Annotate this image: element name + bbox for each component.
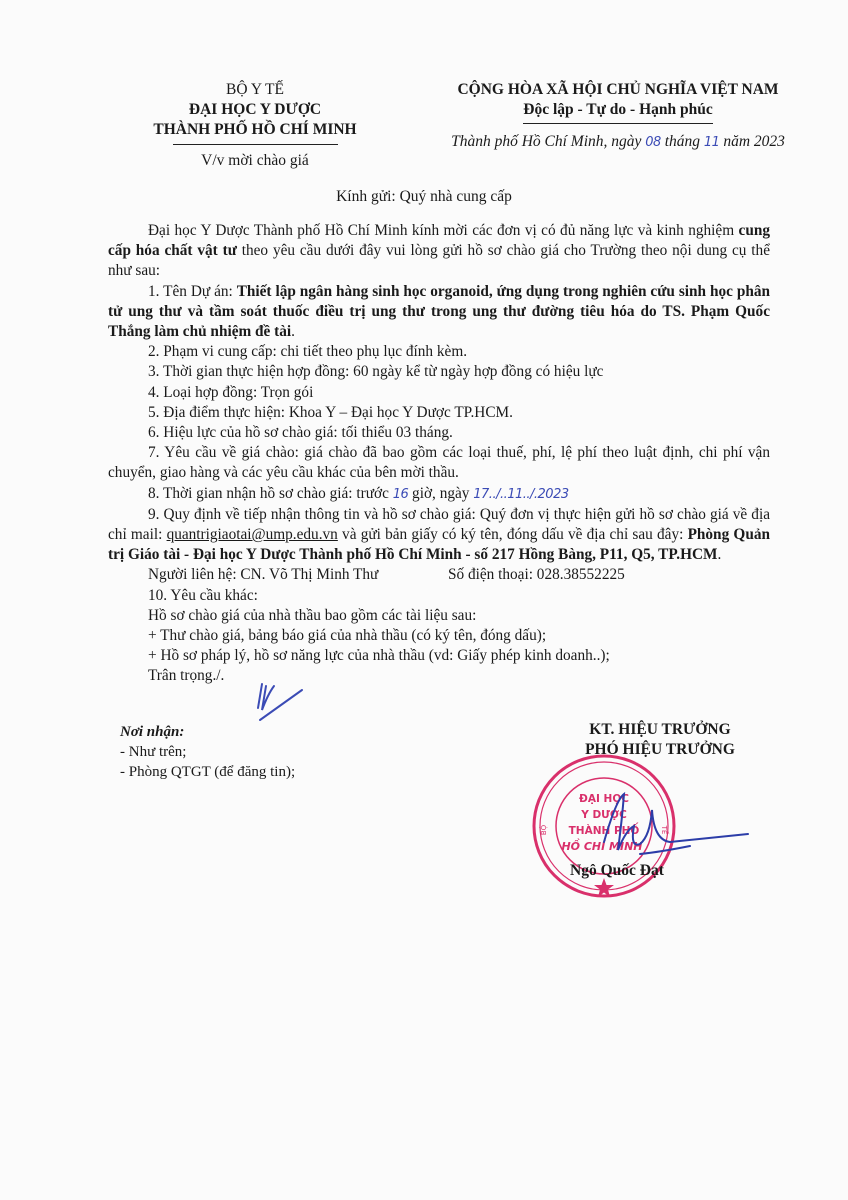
closing: Trân trọng./. xyxy=(108,666,770,686)
initial-signature-icon xyxy=(250,680,310,725)
year-label: năm 2023 xyxy=(719,133,784,150)
national-header: CỘNG HÒA XÃ HỘI CHỦ NGHĨA VIỆT NAM Độc l… xyxy=(418,80,818,153)
item-1-project-name: 1. Tên Dự án: Thiết lập ngân hàng sinh h… xyxy=(108,282,770,343)
submission-text-2: và gửi bản giấy có ký tên, đóng dấu về đ… xyxy=(338,526,688,543)
document-body: Đại học Y Dược Thành phố Hồ Chí Minh kín… xyxy=(108,221,770,687)
salutation: Kính gửi: Quý nhà cung cấp xyxy=(0,188,848,206)
intro-paragraph: Đại học Y Dược Thành phố Hồ Chí Minh kín… xyxy=(108,221,770,282)
university-name-line2: THÀNH PHỐ HỒ CHÍ MINH xyxy=(120,120,390,140)
ministry-name: BỘ Y TẾ xyxy=(120,80,390,100)
item-10-doc-b: + Hồ sơ pháp lý, hồ sơ năng lực của nhà … xyxy=(108,646,770,666)
email-link[interactable]: quantrigiaotai@ump.edu.vn xyxy=(167,526,338,543)
header-underline xyxy=(173,144,338,145)
deadline-hour-handwritten: 16 xyxy=(393,487,409,502)
item-2-scope: 2. Phạm vi cung cấp: chi tiết theo phụ l… xyxy=(108,342,770,362)
item-5-location: 5. Địa điểm thực hiện: Khoa Y – Đại học … xyxy=(108,403,770,423)
deadline-label: 8. Thời gian nhận hồ sơ chào giá: trước xyxy=(148,485,393,502)
date-month-handwritten: 11 xyxy=(704,135,720,150)
item-7-price-requirements: 7. Yêu cầu về giá chào: giá chào đã bao … xyxy=(108,443,770,483)
recipient-item: - Phòng QTGT (để đăng tin); xyxy=(120,762,295,782)
university-name-line1: ĐẠI HỌC Y DƯỢC xyxy=(120,100,390,120)
signer-name: Ngô Quốc Đạt xyxy=(570,862,664,880)
deadline-date-handwritten: 17../..11../.2023 xyxy=(473,487,568,502)
country-name: CỘNG HÒA XÃ HỘI CHỦ NGHĨA VIỆT NAM xyxy=(418,80,818,100)
issuer-header: BỘ Y TẾ ĐẠI HỌC Y DƯỢC THÀNH PHỐ HỒ CHÍ … xyxy=(120,80,390,171)
recipient-item: - Như trên; xyxy=(120,742,295,762)
intro-text: Đại học Y Dược Thành phố Hồ Chí Minh kín… xyxy=(148,222,739,239)
contact-phone: Số điện thoại: 028.38552225 xyxy=(448,565,625,585)
motto-underline xyxy=(523,123,713,124)
item-10-other: 10. Yêu cầu khác: xyxy=(108,586,770,606)
recipients-block: Nơi nhận: - Như trên; - Phòng QTGT (để đ… xyxy=(120,722,295,782)
item-4-contract-type: 4. Loại hợp đồng: Trọn gói xyxy=(108,383,770,403)
document-date: Thành phố Hồ Chí Minh, ngày 08 tháng 11 … xyxy=(418,132,818,153)
item-3-duration: 3. Thời gian thực hiện hợp đồng: 60 ngày… xyxy=(108,362,770,382)
item-label: 1. Tên Dự án: xyxy=(148,283,237,300)
contact-person: Người liên hệ: CN. Võ Thị Minh Thư xyxy=(148,565,448,585)
month-label: tháng xyxy=(661,133,704,150)
punct: . xyxy=(291,323,295,340)
signatory-title-1: KT. HIỆU TRƯỞNG xyxy=(540,720,780,740)
handwritten-signature-icon xyxy=(600,790,750,870)
document-subject: V/v mời chào giá xyxy=(120,151,390,171)
item-10-doc-a: + Thư chào giá, bảng báo giá của nhà thầ… xyxy=(108,626,770,646)
item-8-deadline: 8. Thời gian nhận hồ sơ chào giá: trước … xyxy=(108,484,770,505)
date-prefix: Thành phố Hồ Chí Minh, ngày xyxy=(451,133,645,150)
contact-row: Người liên hệ: CN. Võ Thị Minh ThưSố điệ… xyxy=(108,565,770,585)
recipients-title: Nơi nhận: xyxy=(120,722,295,742)
item-9-submission: 9. Quy định về tiếp nhận thông tin và hồ… xyxy=(108,505,770,566)
date-day-handwritten: 08 xyxy=(645,135,661,150)
national-motto: Độc lập - Tự do - Hạnh phúc xyxy=(418,100,818,120)
item-10-intro: Hồ sơ chào giá của nhà thầu bao gồm các … xyxy=(108,606,770,626)
punct: . xyxy=(718,546,722,563)
deadline-mid: giờ, ngày xyxy=(408,485,473,502)
stamp-left-text: BỘ xyxy=(539,824,548,835)
item-6-validity: 6. Hiệu lực của hồ sơ chào giá: tối thiể… xyxy=(108,423,770,443)
